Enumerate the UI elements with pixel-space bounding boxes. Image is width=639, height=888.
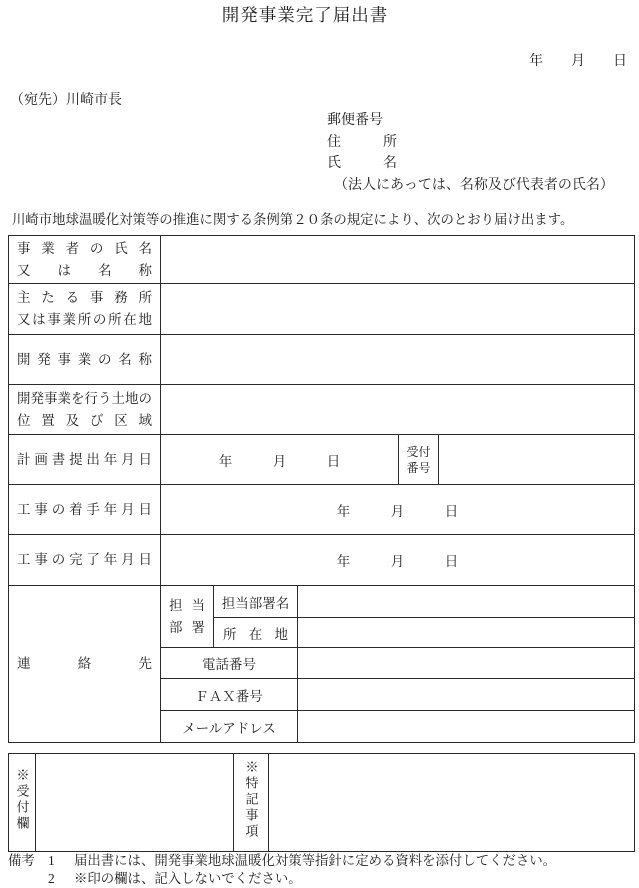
table-row: 主 た る 事 務 所 又は事業所の所在地	[9, 284, 635, 335]
remark-line-1: 備考 1 届出書には、開発事業地球温暖化対策等指針に定める資料を添付してください…	[8, 852, 556, 870]
remark-number: 1	[48, 852, 74, 870]
remark-line-2: 2 ※印の欄は、記入しないでください。	[8, 870, 556, 888]
department-address-label: 所 在 地	[214, 618, 298, 648]
email-field[interactable]	[298, 711, 635, 743]
remark-text: 届出書には、開発事業地球温暖化対策等指針に定める資料を添付してください。	[74, 852, 556, 870]
construction-start-label: 工 事 の 着 手 年 月 日	[9, 485, 161, 535]
date-line: 年 月 日	[529, 50, 627, 70]
office-use-table: ※受付欄 ※特記事項	[8, 753, 635, 852]
table-row: 計 画 書 提 出 年 月 日 年 月 日 受付 番号	[9, 435, 635, 485]
special-notes-label: ※特記事項	[234, 754, 269, 852]
table-row: ※受付欄 ※特記事項	[9, 754, 635, 852]
project-name-field[interactable]	[161, 335, 635, 385]
plan-submission-date-field[interactable]: 年 月 日	[161, 435, 399, 485]
business-name-field[interactable]	[161, 236, 635, 284]
department-label: 担 当 部 署	[161, 586, 214, 648]
corporate-note: （法人にあっては、名称及び代表者の氏名）	[334, 175, 614, 197]
applicant-block: 郵便番号 住 所 氏 名 （法人にあっては、名称及び代表者の氏名）	[327, 110, 614, 196]
plan-submission-label: 計 画 書 提 出 年 月 日	[9, 435, 161, 485]
phone-label: 電話番号	[161, 648, 298, 679]
fax-label: ＦＡＸ番号	[161, 679, 298, 711]
receipt-number-field[interactable]	[439, 435, 635, 485]
phone-field[interactable]	[298, 648, 635, 679]
construction-completion-date-field[interactable]: 年 月 日	[161, 535, 635, 586]
page-title: 開発事業完了届出書	[0, 2, 610, 27]
postal-code-label: 郵便番号	[327, 110, 614, 132]
remarks-block: 備考 1 届出書には、開発事業地球温暖化対策等指針に定める資料を添付してください…	[8, 852, 556, 887]
office-location-field[interactable]	[161, 284, 635, 335]
reception-field[interactable]	[36, 754, 234, 852]
department-name-field[interactable]	[298, 586, 635, 618]
construction-completion-label: 工 事 の 完 了 年 月 日	[9, 535, 161, 586]
business-name-label: 事 業 者 の 氏 名 又 は 名 称	[9, 236, 161, 284]
land-location-label: 開発事業を行う土地の 位 置 及 び 区 域	[9, 385, 161, 435]
table-row: 連 絡 先 担 当 部 署 担当部署名	[9, 586, 635, 618]
table-row: 開発事業を行う土地の 位 置 及 び 区 域	[9, 385, 635, 435]
contact-label: 連 絡 先	[9, 586, 161, 743]
project-name-label: 開 発 事 業 の 名 称	[9, 335, 161, 385]
recipient-line: （宛先）川崎市長	[10, 89, 122, 109]
table-row: 開 発 事 業 の 名 称	[9, 335, 635, 385]
main-form-table: 事 業 者 の 氏 名 又 は 名 称 主 た る 事 務 所 又は事業所の所在…	[8, 235, 635, 743]
department-address-field[interactable]	[298, 618, 635, 648]
remark-number: 2	[48, 870, 74, 888]
document-page: 開発事業完了届出書 年 月 日 （宛先）川崎市長 郵便番号 住 所 氏 名 （法…	[0, 0, 639, 888]
name-label: 氏 名	[327, 153, 614, 175]
reception-column-label: ※受付欄	[9, 754, 36, 852]
remarks-label: 備考	[8, 852, 48, 870]
land-location-field[interactable]	[161, 385, 635, 435]
address-label: 住 所	[327, 132, 614, 154]
table-row: 工 事 の 着 手 年 月 日 年 月 日	[9, 485, 635, 535]
table-row: 工 事 の 完 了 年 月 日 年 月 日	[9, 535, 635, 586]
office-location-label: 主 た る 事 務 所 又は事業所の所在地	[9, 284, 161, 335]
construction-start-date-field[interactable]: 年 月 日	[161, 485, 635, 535]
special-notes-field[interactable]	[269, 754, 635, 852]
remark-text: ※印の欄は、記入しないでください。	[74, 870, 302, 888]
department-name-label: 担当部署名	[214, 586, 298, 618]
intro-sentence: 川崎市地球温暖化対策等の推進に関する条例第２０条の規定により、次のとおり届け出ま…	[12, 209, 573, 228]
fax-field[interactable]	[298, 679, 635, 711]
table-row: 事 業 者 の 氏 名 又 は 名 称	[9, 236, 635, 284]
receipt-number-label: 受付 番号	[399, 435, 439, 485]
email-label: メールアドレス	[161, 711, 298, 743]
